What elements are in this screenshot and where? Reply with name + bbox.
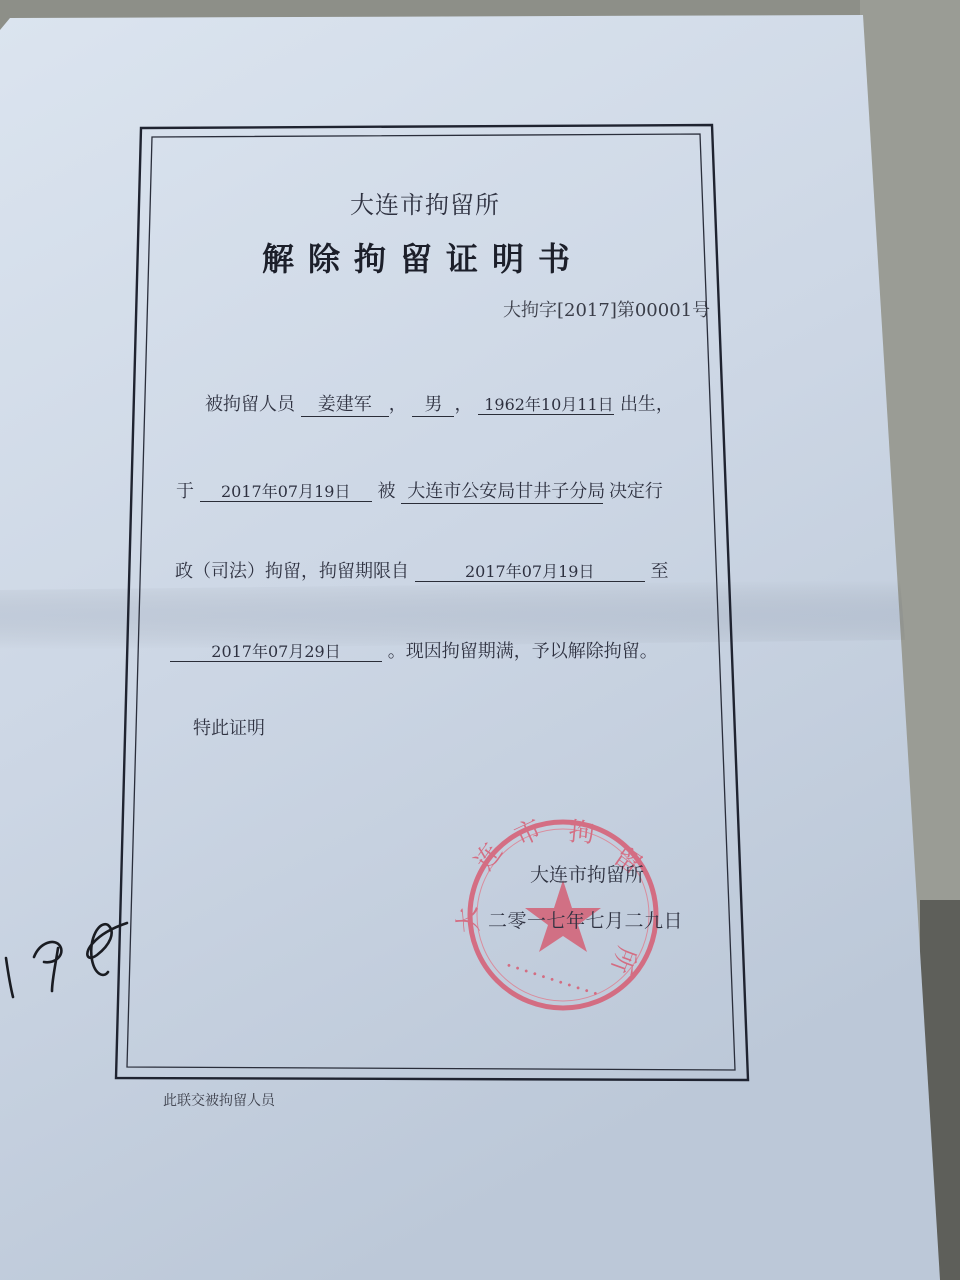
svg-text:拘: 拘 <box>567 817 596 849</box>
closing-phrase: 特此证明 <box>193 714 265 740</box>
birth-date: 1962年10月11日 <box>478 396 614 415</box>
deciding-authority: 大连市公安局甘井子分局 <box>401 482 603 504</box>
line3-prefix: 政（司法）拘留，拘留期限自 <box>175 561 409 582</box>
birth-suffix: 出生， <box>620 394 674 415</box>
line4-suffix: 。现因拘留期满，予以解除拘留。 <box>388 641 658 662</box>
copy-note: 此联交被拘留人员 <box>163 1090 275 1110</box>
body-line-2: 于 2017年07月19日 被 大连市公安局甘井子分局 决定行 <box>176 477 663 504</box>
detainee-gender: 男 <box>412 395 454 417</box>
signature-date: 二零一七年七月二九日 <box>488 906 683 933</box>
detainee-label: 被拘留人员 <box>205 394 295 415</box>
line2-prefix: 于 <box>176 481 194 502</box>
line3-suffix: 至 <box>650 561 668 582</box>
issuer-heading: 大连市拘留所 <box>350 185 500 220</box>
svg-text:大: 大 <box>453 905 485 934</box>
body-line-3: 政（司法）拘留，拘留期限自 2017年07月19日 至 <box>175 557 668 583</box>
body-line-4: 2017年07月29日 。现因拘留期满，予以解除拘留。 <box>170 637 658 663</box>
line2-suffix: 决定行 <box>609 481 663 502</box>
decision-date: 2017年07月19日 <box>200 483 372 502</box>
separator: ， <box>454 394 472 415</box>
handwritten-note-198 <box>0 880 140 1000</box>
detainee-name: 姜建军 <box>301 395 389 417</box>
document-number: 大拘字[2017]第00001号 <box>503 296 710 322</box>
separator: ， <box>389 394 407 415</box>
line2-middle: 被 <box>377 481 395 502</box>
body-line-1: 被拘留人员 姜建军， 男， 1962年10月11日 出生， <box>205 390 674 417</box>
signature-org: 大连市拘留所 <box>530 860 644 887</box>
detention-end-date: 2017年07月29日 <box>170 643 382 662</box>
detention-start-date: 2017年07月19日 <box>415 563 645 582</box>
document-title: 解除拘留证明书 <box>262 234 584 280</box>
